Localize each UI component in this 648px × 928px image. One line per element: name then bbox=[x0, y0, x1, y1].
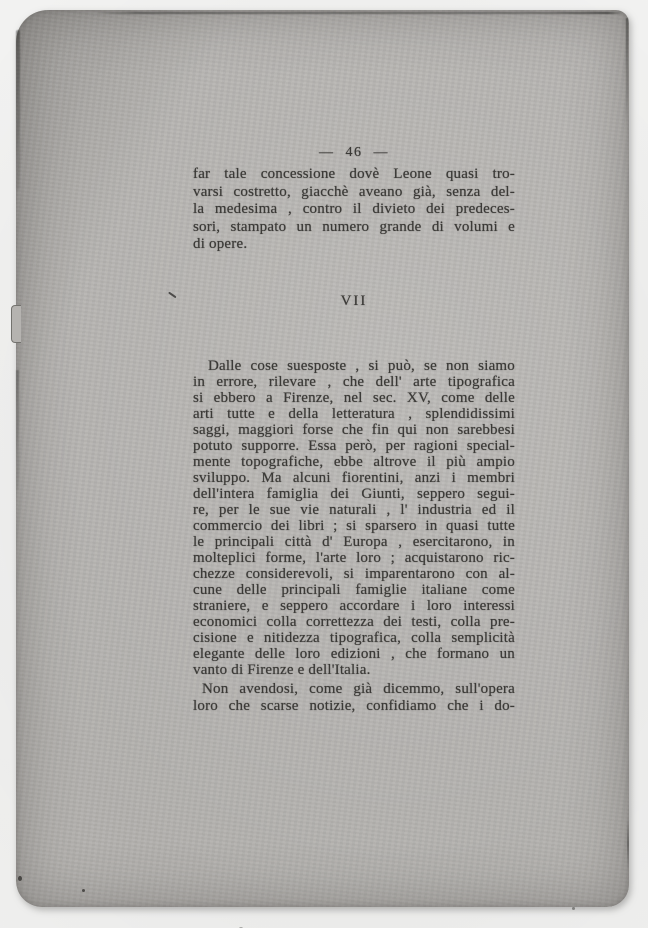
text-line: Non avendosi, come già dicemmo, sull'ope… bbox=[193, 681, 515, 698]
text-line: sori, stampato un numero grande di volum… bbox=[193, 219, 515, 237]
text-line: re, per le sue vie naturali , l' industr… bbox=[193, 502, 515, 518]
text-line: economici colla correttezza dei testi, c… bbox=[193, 614, 515, 630]
paper-speck bbox=[572, 907, 575, 910]
paper-scratch bbox=[168, 292, 176, 298]
text-line: le principali città d' Europa , esercita… bbox=[193, 534, 515, 550]
text-line: arti tutte e della letteratura , splendi… bbox=[193, 406, 515, 422]
paper-speck bbox=[18, 876, 22, 881]
paper-speck bbox=[82, 889, 85, 892]
text-line: varsi costretto, giacchè aveano già, sen… bbox=[193, 184, 515, 202]
text-line: Dalle cose suesposte , si può, se non si… bbox=[193, 358, 515, 374]
text-line: la medesima , contro il divieto dei pred… bbox=[193, 201, 515, 219]
text-line: cune delle principali famiglie italiane … bbox=[193, 582, 515, 598]
text-line: molteplici forme, l'arte loro ; acquista… bbox=[193, 550, 515, 566]
page-right-crease bbox=[626, 18, 628, 133]
text-line: commercio dei libri ; si sparsero in qua… bbox=[193, 518, 515, 534]
text-line: potuto supporre. Essa però, per ragioni … bbox=[193, 438, 515, 454]
paragraph-closing: Non avendosi, come già dicemmo, sull'ope… bbox=[193, 681, 515, 715]
binding-edge-rough bbox=[16, 30, 20, 190]
section-heading: VII bbox=[193, 293, 515, 310]
page-number-header: — 46 — bbox=[193, 145, 515, 161]
text-line: dell'intera famiglia dei Giunti, seppero… bbox=[193, 486, 515, 502]
scanner-background: — 46 — far tale concessione dovè Leone q… bbox=[0, 0, 648, 928]
text-line: far tale concessione dovè Leone quasi tr… bbox=[193, 166, 515, 184]
text-line: elegante delle loro edizioni , che forma… bbox=[193, 646, 515, 662]
book-page: — 46 — far tale concessione dovè Leone q… bbox=[16, 10, 629, 907]
paragraph-main: Dalle cose suesposte , si può, se non si… bbox=[193, 358, 515, 678]
text-line: vanto di Firenze e dell'Italia. bbox=[193, 662, 515, 678]
text-line: si ebbero a Firenze, nel sec. XV, come d… bbox=[193, 390, 515, 406]
binding-tab bbox=[11, 305, 21, 343]
text-line: loro che scarse notizie, confidiamo che … bbox=[193, 698, 515, 715]
text-line: chezze considerevoli, si imparentarono c… bbox=[193, 566, 515, 582]
text-line: saggi, maggiori forse che fin qui non sa… bbox=[193, 422, 515, 438]
text-line: di opere. bbox=[193, 236, 515, 254]
text-line: sviluppo. Ma alcuni fiorentini, anzi i m… bbox=[193, 470, 515, 486]
text-line: mente topografiche, ebbe altrove il più … bbox=[193, 454, 515, 470]
text-line: cisione e nitidezza tipografica, colla s… bbox=[193, 630, 515, 646]
page-top-edge-shadow bbox=[94, 12, 624, 14]
text-line: in errore, rilevare , che dell' arte tip… bbox=[193, 374, 515, 390]
page-right-edge-marks bbox=[627, 818, 629, 870]
binding-edge-rough-lower bbox=[16, 370, 19, 490]
text-line: straniere, e seppero accordare i loro in… bbox=[193, 598, 515, 614]
paragraph-continuation: far tale concessione dovè Leone quasi tr… bbox=[193, 166, 515, 254]
